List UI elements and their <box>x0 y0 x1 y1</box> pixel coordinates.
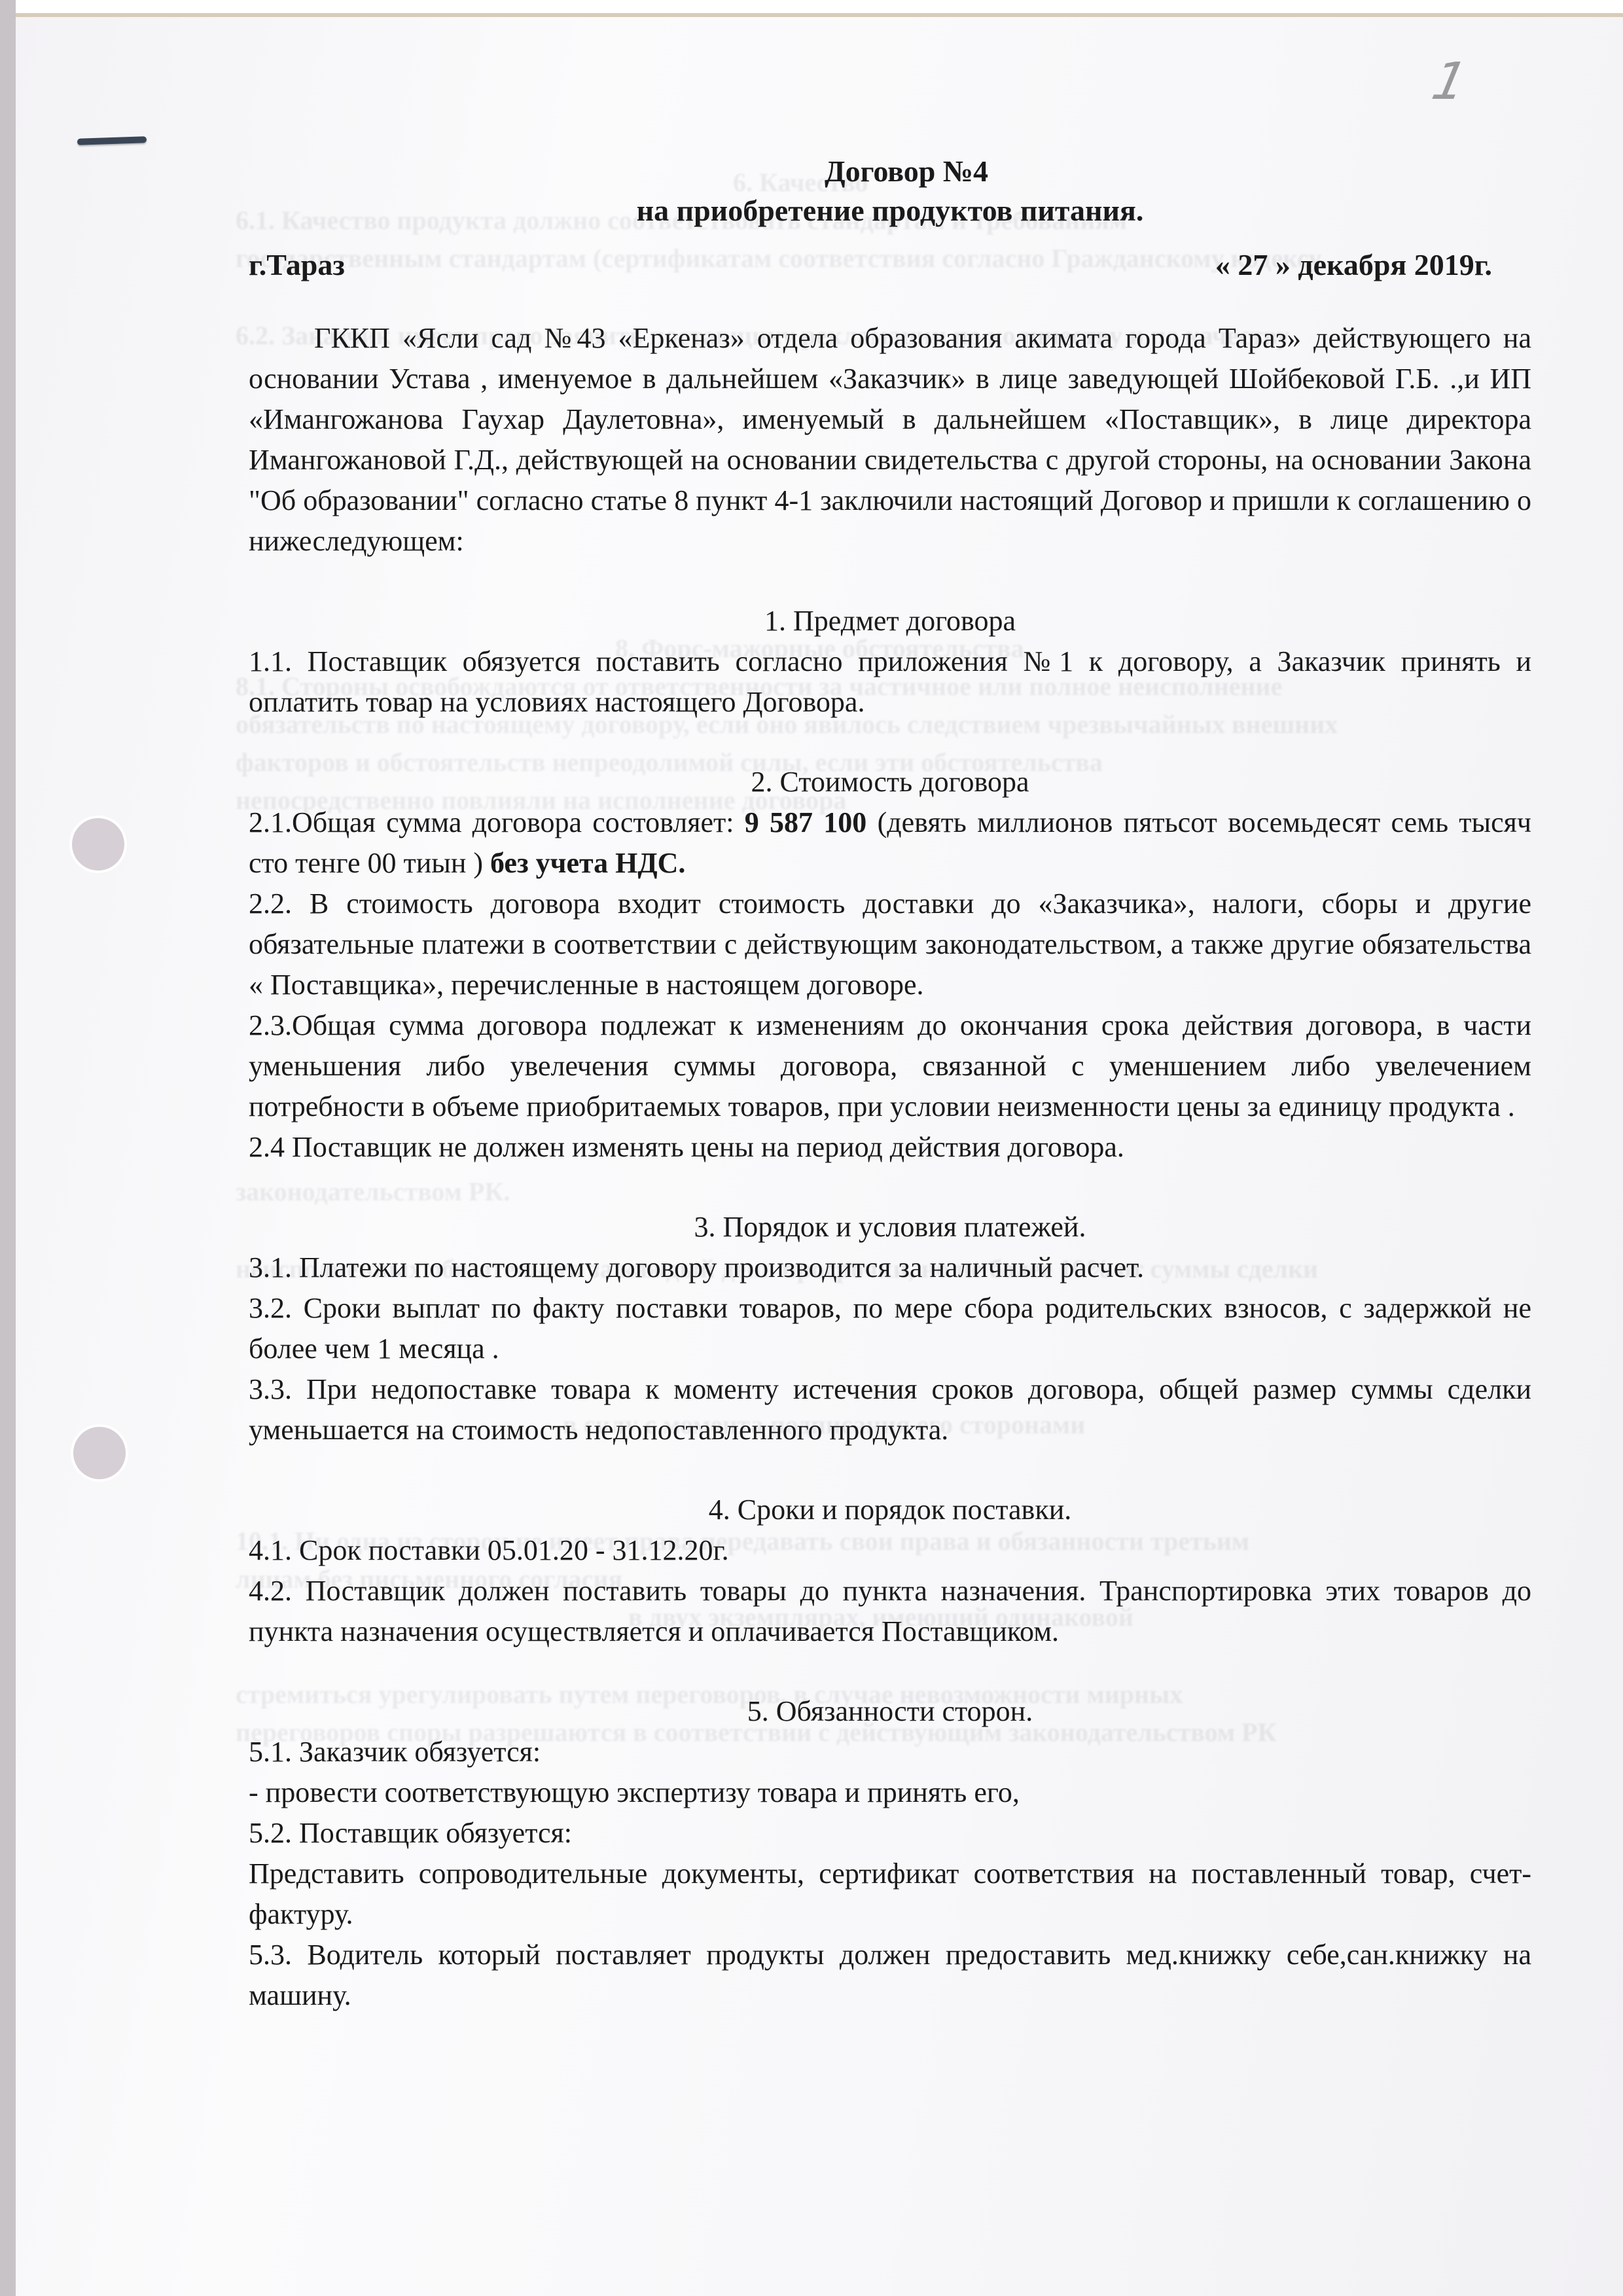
punch-hole-top <box>72 818 124 870</box>
clause-2-1: 2.1.Общая сумма договора состовляет: 9 5… <box>249 802 1531 884</box>
scan-top-edge <box>0 0 1623 17</box>
clause-5-2: 5.2. Поставщик обязуется: <box>249 1813 1531 1854</box>
clause-2-4: 2.4 Поставщик не должен изменять цены на… <box>249 1127 1531 1168</box>
clause-4-1: 4.1. Срок поставки 05.01.20 - 31.12.20г. <box>249 1530 1531 1571</box>
clause-3-1: 3.1. Платежи по настоящему договору прои… <box>249 1247 1531 1288</box>
staple-mark <box>77 136 147 145</box>
section-heading-5: 5. Обязанности сторон. <box>249 1691 1531 1732</box>
handwritten-page-number: 1 <box>1427 52 1472 111</box>
scan-left-edge <box>0 0 16 2296</box>
document-title: Договор №4 <box>249 152 1531 191</box>
scanned-page: 1 6. Качество 6.1. Качество продукта дол… <box>0 0 1623 2296</box>
clause-5-1-item: - провести соответствующую экспертизу то… <box>249 1772 1531 1813</box>
place-date-row: г.Тараз « 27 » декабря 2019г. <box>249 245 1531 285</box>
punch-hole-bottom <box>73 1427 126 1479</box>
section-heading-4: 4. Сроки и порядок поставки. <box>249 1490 1531 1530</box>
clause-2-1-prefix: 2.1.Общая сумма договора состовляет: <box>249 806 745 838</box>
clause-3-2: 3.2. Сроки выплат по факту поставки това… <box>249 1288 1531 1369</box>
section-heading-2: 2. Стоимость договора <box>249 762 1531 802</box>
clause-1-1: 1.1. Поставщик обязуется поставить согла… <box>249 641 1531 723</box>
section-heading-3: 3. Порядок и условия платежей. <box>249 1207 1531 1247</box>
clause-5-2-item: Представить сопроводительные документы, … <box>249 1854 1531 1935</box>
contract-document: Договор №4 на приобретение продуктов пит… <box>249 152 1531 2016</box>
city: г.Тараз <box>249 245 345 285</box>
section-heading-1: 1. Предмет договора <box>249 601 1531 641</box>
clause-5-3: 5.3. Водитель который поставляет продукт… <box>249 1935 1531 2016</box>
clause-3-3: 3.3. При недопоставке товара к моменту и… <box>249 1369 1531 1450</box>
vat-note: без учета НДС. <box>490 847 685 879</box>
preamble-paragraph: ГККП «Ясли сад №43 «Еркеназ» отдела обра… <box>249 318 1531 562</box>
clause-5-1: 5.1. Заказчик обязуется: <box>249 1732 1531 1772</box>
contract-amount: 9 587 100 <box>745 806 867 838</box>
contract-date: « 27 » декабря 2019г. <box>1215 245 1492 285</box>
clause-4-2: 4.2. Поставщик должен поставить товары д… <box>249 1571 1531 1652</box>
document-subtitle: на приобретение продуктов питания. <box>249 191 1531 230</box>
clause-2-2: 2.2. В стоимость договора входит стоимос… <box>249 884 1531 1005</box>
clause-2-3: 2.3.Общая сумма договора подлежат к изме… <box>249 1005 1531 1127</box>
